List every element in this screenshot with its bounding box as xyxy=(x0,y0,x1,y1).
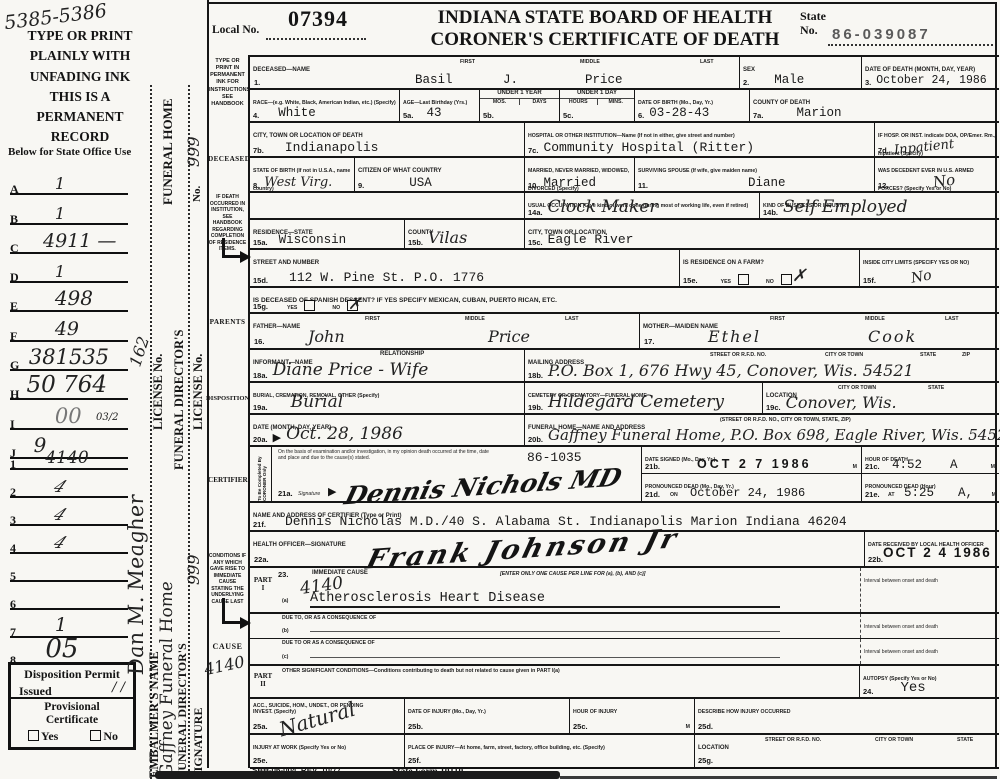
line-c-label: (c) xyxy=(282,654,288,660)
provisional-yes-option: Yes xyxy=(26,727,58,745)
value-immediate-cause: Atherosclerosis Heart Disease xyxy=(310,591,545,606)
part-numeral: I xyxy=(262,584,265,592)
field-disposition-date: DATE (MONTH, DAY, YEAR) 20a.▶Oct. 28, 19… xyxy=(250,415,525,445)
sub-label-city: CITY OR TOWN xyxy=(838,385,876,391)
pointer-arrow-icon: ▶ xyxy=(273,431,281,444)
state-office-number-lines: 14140 24 34 44 5 6 71 805 xyxy=(10,442,128,666)
field-number: 21d. xyxy=(645,490,660,499)
field-residence-county: COUNTY 15b.Vilas xyxy=(405,220,525,248)
field-age: AGE—Last Birthday (Yrs.) 5a.43 xyxy=(400,90,480,121)
field-number: 25d. xyxy=(698,722,713,731)
type-or-print-notice: TYPE OR PRINT PLAINLY WITH UNFADING INK … xyxy=(14,26,146,148)
field-number: 21b. xyxy=(645,462,660,471)
line-1: 14140 xyxy=(10,442,128,470)
arrow-bar xyxy=(222,255,242,258)
field-number: 25c. xyxy=(573,722,588,731)
value-residence-county-handwritten: Vilas xyxy=(428,228,467,247)
sub-label-state: STATE xyxy=(957,737,973,743)
x-mark-handwritten: ✗ xyxy=(792,266,806,286)
value-pronounced-date: October 24, 1986 xyxy=(690,486,805,500)
sub-label-middle: MIDDLE xyxy=(465,316,485,322)
coroner-only-strip: To Be Completed By CORONER Only xyxy=(250,447,272,501)
field-deceased-name: DECEASED—NAME FIRST MIDDLE LAST 1. Basil… xyxy=(250,57,740,88)
part-2-label: PARTII xyxy=(252,672,274,689)
field-number: 15c. xyxy=(528,238,543,247)
notice-line: THIS IS A xyxy=(14,87,146,107)
interval-label: Interval between onset and death xyxy=(864,649,938,655)
rail-section-parents: PARENTS xyxy=(208,318,247,326)
coroner-only-label: To Be Completed By CORONER Only xyxy=(257,449,267,501)
embalmer-license-no-value: 162 xyxy=(126,334,154,369)
field-number: 19b. xyxy=(528,403,543,412)
line-value: 1 xyxy=(55,614,67,636)
funeral-home-no-value: 999 xyxy=(184,105,203,167)
value-marital-status: Married xyxy=(543,176,596,190)
line-value: 1 xyxy=(55,204,65,223)
field-number: 25b. xyxy=(408,722,423,731)
provisional-line: Provisional xyxy=(11,701,133,714)
sub-label-first: FIRST xyxy=(365,316,380,322)
line-4: 44 xyxy=(10,526,128,554)
line-value: 381535 xyxy=(29,345,109,369)
value-date-of-death: October 24, 1986 xyxy=(876,74,986,87)
value-city-of-death: Indianapolis xyxy=(285,140,379,155)
field-marital-status: MARRIED, NEVER MARRIED, WIDOWED, DIVORCE… xyxy=(525,158,635,191)
yes-checkbox xyxy=(738,274,749,285)
funeral-director-license-no-label: LICENSE No. xyxy=(191,300,206,430)
field-county-of-death: COUNTY OF DEATH 7a.Marion xyxy=(750,90,999,121)
field-number: 25f. xyxy=(408,756,421,765)
field-cause-line-c: DUE TO OR AS A CONSEQUENCE OF (c) xyxy=(250,639,860,664)
line-H: H50 764 xyxy=(10,371,128,400)
field-number: 16. xyxy=(254,337,264,346)
field-number: 6. xyxy=(638,111,644,120)
value-surviving-spouse: Diane xyxy=(748,176,786,190)
field-label: IS RESIDENCE ON A FARM? xyxy=(683,260,764,266)
field-number: 19a. xyxy=(253,403,268,412)
yes-label: Yes xyxy=(41,729,58,743)
line-value: 05 xyxy=(45,634,78,664)
value-armed-forces-handwritten: No xyxy=(932,171,956,192)
value-middle-initial: J. xyxy=(503,73,518,87)
state-no-value-stamp: 86-039087 xyxy=(832,26,931,43)
field-label: DESCRIBE HOW INJURY OCCURRED xyxy=(698,709,791,715)
rail-section-cause: CAUSE xyxy=(208,642,247,651)
interval-label: Interval between onset and death xyxy=(864,624,938,630)
field-label: INSIDE CITY LIMITS (SPECIFY YES OR NO) xyxy=(863,260,969,266)
field-label: HEALTH OFFICER—SIGNATURE xyxy=(253,542,346,548)
field-city-of-death: CITY, TOWN OR LOCATION OF DEATH 7b.India… xyxy=(250,123,525,156)
blank-line xyxy=(310,631,780,632)
field-label: SURVIVING SPOUSE (If wife, give maiden n… xyxy=(638,168,757,174)
sub-label-relationship: RELATIONSHIP xyxy=(380,351,424,359)
local-no-label: Local No. xyxy=(212,24,259,36)
field-hour-of-death: HOUR OF DEATH 21c. 4:52 A M xyxy=(862,447,999,474)
field-label: DECEASED—NAME xyxy=(253,67,310,73)
field-mother-maiden-name: MOTHER—MAIDEN NAME FIRST MIDDLE LAST 17.… xyxy=(640,314,999,348)
provisional-certificate-label: Provisional Certificate xyxy=(11,701,133,726)
field-residence-state: RESIDENCE—STATE 15a.Wisconsin xyxy=(250,220,405,248)
field-sex: SEX 2.Male xyxy=(740,57,862,88)
field-number: 7c. xyxy=(528,146,538,155)
line-value: 1 xyxy=(55,174,65,193)
rail-institution-note: IF DEATH OCCURRED IN INSTITUTION, SEE HA… xyxy=(208,194,247,253)
field-label: MOTHER—MAIDEN NAME xyxy=(643,324,718,330)
value-race: White xyxy=(278,106,316,120)
field-date-of-death: DATE OF DEATH (MONTH, DAY, YEAR) 3.Octob… xyxy=(862,57,999,88)
value-disposition-handwritten: Burial xyxy=(291,392,344,412)
yes-checkbox xyxy=(304,300,315,311)
field-street-number: STREET AND NUMBER 15d.112 W. Pine St. P.… xyxy=(250,250,680,286)
field-mailing-address: MAILING ADDRESS STREET OR R.F.D. NO. CIT… xyxy=(525,350,999,381)
sub-label-city: CITY OR TOWN xyxy=(825,352,863,358)
line-value: 4 xyxy=(50,505,70,524)
no-label: NO xyxy=(332,305,340,311)
permit-issued-label: Issued xyxy=(19,684,52,698)
embalmer-signature: Dan M. Meagher xyxy=(124,428,148,676)
line-E: E498 xyxy=(10,283,128,312)
field-number: 15f. xyxy=(863,276,876,285)
field-race: RACE—(e.g. White, Black, American Indian… xyxy=(250,90,400,121)
field-residence-on-farm: IS RESIDENCE ON A FARM? 15e. YES NO ✗ xyxy=(680,250,860,286)
line-b-label: (b) xyxy=(282,628,289,634)
field-label: CITY, TOWN OR LOCATION OF DEATH xyxy=(253,133,363,139)
value-age: 43 xyxy=(426,106,441,120)
meridiem-placeholder: M xyxy=(686,724,690,730)
value-date-signed-stamp: OCT 2 7 1986 xyxy=(697,457,812,471)
field-label-address-subs: (STREET OR R.F.D. NO., CITY OR TOWN, STA… xyxy=(720,417,851,423)
notice-line: RECORD xyxy=(14,127,146,147)
field-date-of-injury: DATE OF INJURY (Mo., Day, Yr.) 25b. xyxy=(405,699,570,733)
line-a-label: (a) xyxy=(282,598,288,604)
sub-label-last: LAST xyxy=(565,316,579,322)
at-label: AT xyxy=(888,492,895,498)
value-occupation-handwritten: Clock Maker xyxy=(548,197,658,217)
line-value: 4911 — xyxy=(43,230,116,252)
field-number: 21e. xyxy=(865,490,880,499)
field-funeral-home: FUNERAL HOME—NAME AND ADDRESS (STREET OR… xyxy=(525,415,999,445)
sub-label-first: FIRST xyxy=(460,59,475,65)
value-am-pm: A xyxy=(950,458,958,472)
value-mother-last-handwritten: Cook xyxy=(868,327,917,346)
field-number: 15d. xyxy=(253,276,268,285)
no-label: No xyxy=(103,729,118,743)
rail-section-certifier: CERTIFIER xyxy=(208,476,247,484)
field-label: UNDER 1 DAY xyxy=(560,90,634,99)
field-residence-city: CITY, TOWN OR LOCATION 15c.Eagle River xyxy=(525,220,999,248)
line-6: 6 xyxy=(10,582,128,610)
rail-cause-code-handwritten: 4140 xyxy=(202,652,246,679)
certificate-line: Certificate xyxy=(11,714,133,727)
value-county-of-death: Marion xyxy=(796,106,841,120)
field-hour-of-injury: HOUR OF INJURY 25c. M xyxy=(570,699,695,733)
field-number: 10. xyxy=(528,181,538,190)
field-if-hospital: IF HOSP. OR INST. indicate DOA, OP/Emer.… xyxy=(875,123,999,156)
line-value: 50 764 xyxy=(27,372,107,398)
field-label: FATHER—NAME xyxy=(253,324,300,330)
signature-label: Signature xyxy=(298,491,320,497)
field-number: 20a. xyxy=(253,435,268,444)
field-spanish-descent: IS DECEASED OF SPANISH DESCENT? IF YES S… xyxy=(250,288,999,312)
line-value: 00 xyxy=(55,404,82,428)
scan-smudge-bar xyxy=(155,771,560,779)
funeral-director-signature: Gaffney Funeral Home xyxy=(157,544,177,779)
meridiem-placeholder: M xyxy=(853,464,857,470)
line-A: A1 xyxy=(10,166,128,195)
value-city-limits-handwritten: No xyxy=(910,267,933,286)
field-label: HOSPITAL OR OTHER INSTITUTION—Name (If n… xyxy=(528,133,735,139)
no-checkbox xyxy=(90,730,101,741)
sub-label-days: DAYS xyxy=(520,99,559,105)
field-number: 21c. xyxy=(865,462,880,471)
local-no-value: 07394 xyxy=(288,6,348,32)
value-state-of-birth-handwritten: West Virg. xyxy=(264,175,332,190)
field-number: 15g. xyxy=(253,302,268,311)
line-value: 4 xyxy=(50,533,70,552)
field-number: 25e. xyxy=(253,756,268,765)
line-value: 498 xyxy=(55,286,93,310)
funeral-home-no-label: No. xyxy=(191,182,203,202)
field-injury-location: LOCATION STREET OR R.F.D. NO. CITY OR TO… xyxy=(695,735,999,767)
field-number: 15e. xyxy=(683,276,698,285)
field-number: 15b. xyxy=(408,238,423,247)
line-D: D1 xyxy=(10,254,128,283)
line-value: 4 xyxy=(50,477,70,496)
yes-label: YES xyxy=(721,279,731,285)
funeral-director-signature-label1: FUNERAL DIRECTOR'S xyxy=(175,630,190,778)
field-inside-city-limits: INSIDE CITY LIMITS (SPECIFY YES OR NO) 1… xyxy=(860,250,999,286)
line-3: 34 xyxy=(10,498,128,526)
sub-label-minutes: MINS. xyxy=(598,99,635,105)
field-certifier-signature: On the basis of examination and/or inves… xyxy=(272,447,642,501)
sub-label-middle: MIDDLE xyxy=(580,59,600,65)
line-value: 4140 xyxy=(45,448,88,468)
state-no-leader xyxy=(828,44,993,46)
field-number: 24. xyxy=(863,687,873,696)
rail-conditions-note: CONDITIONS IF ANY WHICH GAVE RISE TO IMM… xyxy=(208,553,247,605)
on-label: ON xyxy=(670,492,678,498)
field-armed-forces: WAS DECEDENT EVER IN U.S. ARMED FORCES? … xyxy=(875,158,999,191)
field-number: 15a. xyxy=(253,238,268,247)
provisional-no-option: No xyxy=(88,727,118,745)
value-residence-city: Eagle River xyxy=(548,232,634,247)
line-F: F49 xyxy=(10,312,128,341)
field-number: 5b. xyxy=(483,111,494,120)
interval-label: Interval between onset and death xyxy=(864,578,938,584)
field-pronounced-dead-hour: PRONOUNCED DEAD (Hour) 21e. AT 5:25 A, M xyxy=(862,474,999,501)
field-number: 19c. xyxy=(766,403,781,412)
field-autopsy: AUTOPSY (Specify Yes or No) 24.Yes xyxy=(860,666,999,697)
value-location-handwritten: Conover, Wis. xyxy=(786,393,897,412)
notice-line: UNFADING INK xyxy=(14,67,146,87)
pointer-arrow-icon: ▶ xyxy=(328,485,336,498)
interval-column-b: Interval between onset and death xyxy=(860,614,999,638)
value-pronounced-hour: 5:25 xyxy=(904,486,934,500)
field-number: 11. xyxy=(638,181,648,190)
state-no-label-no: No. xyxy=(800,23,818,38)
field-under-1-year: UNDER 1 YEAR MOS. DAYS 5b. xyxy=(480,90,560,121)
blank-cell xyxy=(250,193,525,218)
value-autopsy: Yes xyxy=(900,680,925,696)
local-no-leader xyxy=(266,38,366,40)
field-number: 7d. xyxy=(878,146,889,155)
meridiem-placeholder: M xyxy=(991,464,995,470)
field-number: 18b. xyxy=(528,371,543,380)
field-cause-line-b: DUE TO, OR AS A CONSEQUENCE OF (b) xyxy=(250,614,860,638)
field-label: PLACE OF INJURY—At home, farm, street, f… xyxy=(408,745,605,751)
value-last-name: Price xyxy=(585,73,623,87)
field-number: 14b. xyxy=(763,208,778,217)
field-number: 9. xyxy=(358,181,364,190)
field-disposition-type: BURIAL, CREMATION, REMOVAL, OTHER (Speci… xyxy=(250,383,525,413)
due-to-label: DUE TO, OR AS A CONSEQUENCE OF xyxy=(282,615,376,621)
line-C: C4911 — xyxy=(10,225,128,254)
value-if-hospital-handwritten: Inpatient xyxy=(893,137,955,158)
field-label: OTHER SIGNIFICANT CONDITIONS—Conditions … xyxy=(282,668,822,674)
state-no-label-state: State xyxy=(800,9,826,24)
value-business-handwritten: Self Employed xyxy=(783,197,907,217)
coroner-case-number: 86-1035 xyxy=(527,450,582,465)
sub-label-hours: HOURS xyxy=(560,99,598,105)
value-residence-state: Wisconsin xyxy=(279,233,347,247)
value-date-of-birth: 03-28-43 xyxy=(649,106,709,120)
sub-label-months: MOS. xyxy=(480,99,520,105)
field-state-of-birth: STATE OF BIRTH (If not in U.S.A., name c… xyxy=(250,158,355,191)
sub-label-middle: MIDDLE xyxy=(865,316,885,322)
rail-section-disposition: DISPOSITION xyxy=(206,395,249,402)
field-label: DATE OF DEATH (MONTH, DAY, YEAR) xyxy=(865,67,975,73)
form-top-border xyxy=(207,2,997,4)
field-number: 5a. xyxy=(403,111,413,120)
value-certifier-name-address: Dennis Nicholas M.D./40 S. Alabama St. I… xyxy=(285,514,847,529)
part-word: PART xyxy=(254,576,272,584)
field-number: 8. xyxy=(253,181,259,190)
field-under-1-day: UNDER 1 DAY HOURS MINS. 5c. xyxy=(560,90,635,121)
field-number: 7b. xyxy=(253,146,264,155)
sub-label-first: FIRST xyxy=(770,316,785,322)
form-field-grid: DECEASED—NAME FIRST MIDDLE LAST 1. Basil… xyxy=(250,55,999,769)
field-disposition-location: LOCATION CITY OR TOWN STATE 19c.Conover,… xyxy=(763,383,999,413)
notice-line: PLAINLY WITH xyxy=(14,46,146,66)
value-sex: Male xyxy=(774,73,804,87)
sub-label-state: STATE xyxy=(928,385,944,391)
part-word: PART xyxy=(254,672,272,680)
field-number: 22b. xyxy=(868,555,883,564)
field-hospital: HOSPITAL OR OTHER INSTITUTION—Name (If n… xyxy=(525,123,875,156)
funeral-home-vertical-label: FUNERAL HOME xyxy=(160,95,176,205)
value-hospital: Community Hospital (Ritter) xyxy=(543,140,754,155)
blank-line xyxy=(310,657,780,658)
field-number: 7a. xyxy=(753,111,763,120)
value-hour-of-death: 4:52 xyxy=(892,458,922,472)
yes-checkbox xyxy=(28,730,39,741)
permit-issued-handwritten: / / xyxy=(112,680,125,695)
sub-label-street: STREET OR R.F.D. NO. xyxy=(765,737,821,743)
field-father-name: FATHER—NAME FIRST MIDDLE LAST 16. John P… xyxy=(250,314,640,348)
line-value: 1 xyxy=(55,262,65,281)
field-number: 21a. xyxy=(278,489,293,498)
notice-line: TYPE OR PRINT xyxy=(14,26,146,46)
sub-label-state: STATE xyxy=(920,352,936,358)
field-number: 17. xyxy=(644,337,654,346)
field-number: 5c. xyxy=(563,111,573,120)
death-certificate-scan: 5385-5386 TYPE OR PRINT PLAINLY WITH UNF… xyxy=(0,0,1000,779)
field-other-significant-conditions: PARTII OTHER SIGNIFICANT CONDITIONS—Cond… xyxy=(250,666,860,697)
line-5: 5 xyxy=(10,554,128,582)
field-immediate-cause: PARTI 23. IMMEDIATE CAUSE [ENTER ONLY ON… xyxy=(250,568,860,612)
field-cemetery: CEMETERY OR CREMATORY—FUNERAL HOME 19b.H… xyxy=(525,383,763,413)
field-describe-injury: DESCRIBE HOW INJURY OCCURRED 25d. xyxy=(695,699,999,733)
value-mother-first-handwritten: Ethel xyxy=(708,327,761,346)
part-numeral: II xyxy=(260,680,265,688)
certificate-title-line1: INDIANA STATE BOARD OF HEALTH xyxy=(390,7,820,29)
value-mailing-address-handwritten: P.O. Box 1, 676 Hwy 45, Conover, Wis. 54… xyxy=(548,361,914,380)
field-number: 25a. xyxy=(253,722,268,731)
field-number: 25g. xyxy=(698,756,713,765)
line-G: G381535 xyxy=(10,342,128,371)
no-checkbox-checked xyxy=(781,274,792,285)
field-business-industry: KIND OF BUSINESS OR INDUSTRY 14b.Self Em… xyxy=(760,193,999,218)
sub-label-zip: ZIP xyxy=(962,352,970,358)
interval-column-c: Interval between onset and death xyxy=(860,639,999,664)
certificate-title-line2: CORONER'S CERTIFICATE OF DEATH xyxy=(390,29,820,51)
sub-label-last: LAST xyxy=(700,59,714,65)
field-date-signed: DATE SIGNED (Mo., Day, Yr.) 21b. OCT 2 7… xyxy=(642,447,861,474)
funeral-director-license-value: 999 xyxy=(184,525,203,585)
field-number: 18a. xyxy=(253,371,268,380)
field-informant: INFORMANT—NAME RELATIONSHIP 18a.Diane Pr… xyxy=(250,350,525,381)
sub-label-street: STREET OR R.F.D. NO. xyxy=(710,352,766,358)
field-pronounced-dead-date: PRONOUNCED DEAD (Mo., Day, Yr.) 21d. ON … xyxy=(642,474,861,501)
field-number: 2. xyxy=(743,78,749,87)
field-usual-occupation: USUAL OCCUPATION (Give kind of work done… xyxy=(525,193,760,218)
value-father-last-handwritten: Price xyxy=(488,327,530,346)
field-label: DATE OF INJURY (Mo., Day, Yr.) xyxy=(408,709,486,715)
field-label: INJURY AT WORK (Specify Yes or No) xyxy=(253,745,346,751)
field-number: 14a. xyxy=(528,208,543,217)
line-2: 24 xyxy=(10,470,128,498)
value-informant-handwritten: Diane Price - Wife xyxy=(273,360,429,380)
part-1-label: PARTI xyxy=(252,576,274,593)
field-injury-at-work: INJURY AT WORK (Specify Yes or No) 25e. xyxy=(250,735,405,767)
funeral-director-label: FUNERAL DIRECTOR'S xyxy=(172,295,187,470)
field-label: HOUR OF INJURY xyxy=(573,709,617,715)
value-street-number: 112 W. Pine St. P.O. 1776 xyxy=(289,270,484,285)
field-label: STREET AND NUMBER xyxy=(253,260,319,266)
disposition-permit-box: Disposition Permit Issued / / Provisiona… xyxy=(8,662,136,750)
field-number: 1. xyxy=(254,78,260,87)
yes-label: YES xyxy=(287,305,297,311)
state-office-heading: Below for State Office Use xyxy=(8,146,131,158)
field-number: 23. xyxy=(278,570,288,579)
field-label: UNDER 1 YEAR xyxy=(480,90,559,99)
field-date-signed-pronounced: DATE SIGNED (Mo., Day, Yr.) 21b. OCT 2 7… xyxy=(642,447,862,501)
field-health-officer-signature: HEALTH OFFICER—SIGNATURE 22a. Frank John… xyxy=(250,532,865,566)
certification-statement: On the basis of examination and/or inves… xyxy=(278,449,493,461)
field-surviving-spouse: SURVIVING SPOUSE (If wife, give maiden n… xyxy=(635,158,875,191)
field-hour-of-death-group: HOUR OF DEATH 21c. 4:52 A M PRONOUNCED D… xyxy=(862,447,999,501)
field-citizen-country: CITIZEN OF WHAT COUNTRY 9.USA xyxy=(355,158,525,191)
no-label: NO xyxy=(766,279,774,285)
value-first-name: Basil xyxy=(415,73,453,87)
field-number: 21f. xyxy=(253,520,266,529)
meridiem-placeholder: M xyxy=(992,492,996,498)
line-J-extra-scribble: 03/2 xyxy=(96,412,118,423)
field-number: 3. xyxy=(865,78,871,87)
line-B: B1 xyxy=(10,195,128,224)
funeral-director-signature-label2: SIGNATURE xyxy=(191,655,206,778)
rail-section-deceased: DECEASED xyxy=(208,155,247,163)
